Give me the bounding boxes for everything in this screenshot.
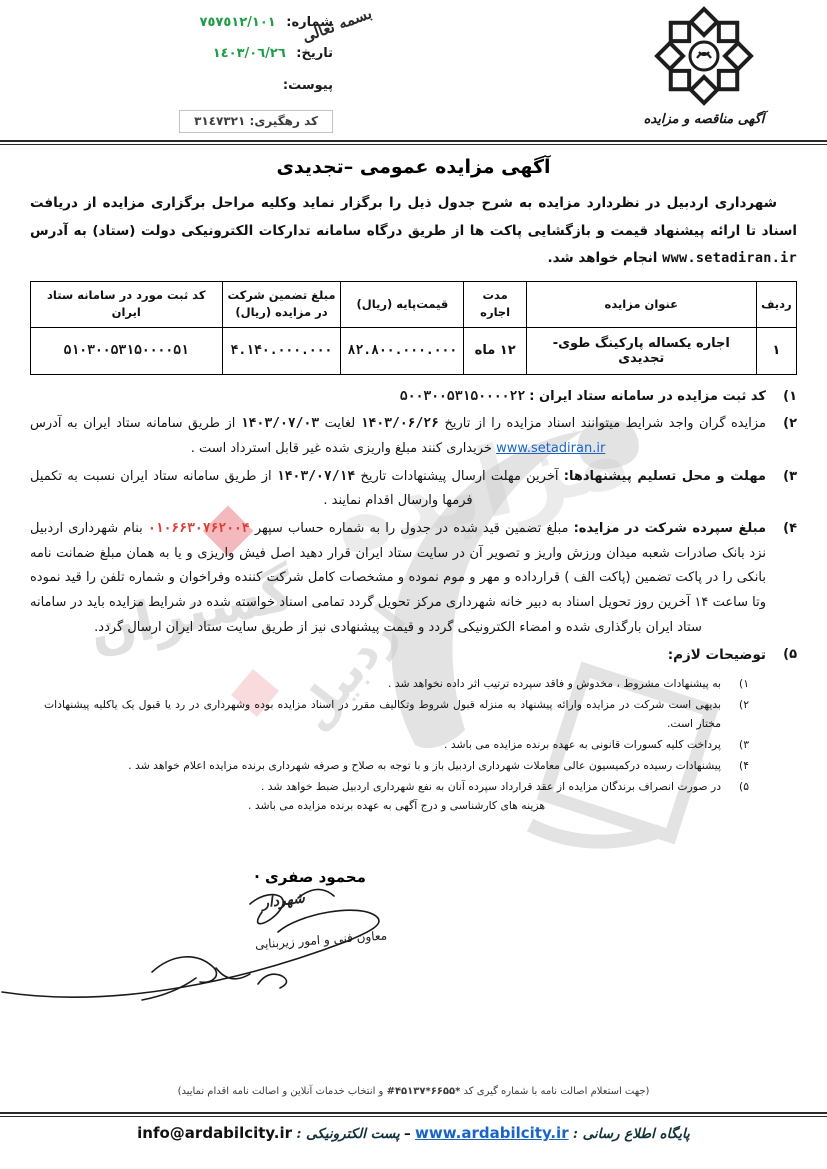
item-1-label: کد ثبت مزایده در سامانه ستاد ایران : (529, 389, 766, 404)
bismillah-mark: بسمه تعالی (299, 4, 375, 46)
list-item-5: ۵) توضیحات لازم: (30, 643, 797, 669)
col-base-price: قیمت‌پایه (ریال) (341, 282, 464, 328)
email-label: پست الکترونیکی : (296, 1126, 399, 1142)
setadiran-link[interactable]: www.setadiran.ir (496, 441, 605, 456)
item-3-body: مهلت و محل تسلیم پیشنهادها: آخرین مهلت ا… (30, 465, 766, 514)
notes-footer: هزینه های کارشناسی و درج آگهی به عهده بر… (44, 799, 749, 812)
municipality-logo-block: آگهی مناقصه و مزایده (639, 6, 769, 127)
letter-date-row: تاریخ: ١٤٠٣/٠٦/٢٦ (179, 47, 333, 61)
cell-setad-code: ۵۱۰۳۰۰۵۳۱۵۰۰۰۰۵۱ (31, 327, 223, 374)
item-3-text-1: آخرین مهلت ارسال پیشنهادات تاریخ (360, 469, 558, 484)
note-item-2: ۲) بدیهی است شرکت در مزایده وارائه پیشنه… (44, 696, 749, 734)
col-lease-duration: مدت اجاره (464, 282, 526, 328)
item-4-body: مبلغ سپرده شرکت در مزایده: مبلغ تضمین قی… (30, 517, 766, 640)
intro-paragraph: شهرداری اردبیل در نظردارد مزایده به شرح … (30, 190, 797, 273)
cell-guarantee-amount: ۴.۱۴۰.۰۰۰.۰۰۰ (222, 327, 341, 374)
note-item-3: ۳) پرداخت کلیه کسورات قانونی به عهده برن… (44, 736, 749, 755)
item-2-date-from: ۱۴۰۳/۰۶/۲۶ (361, 416, 439, 431)
letter-body: آگهی مزایده عمومی –تجدیدی شهرداری اردبیل… (30, 150, 797, 812)
list-item-3: ۳) مهلت و محل تسلیم پیشنهادها: آخرین مهل… (30, 465, 797, 514)
table-header-row: ردیف عنوان مزایده مدت اجاره قیمت‌پایه (ر… (31, 282, 797, 328)
letter-date-label: تاریخ: (296, 46, 333, 61)
item-2-number: ۲) (773, 412, 797, 461)
item-1-body: کد ثبت مزایده در سامانه ستاد ایران : ۵۰۰… (30, 385, 766, 410)
col-guarantee-amount: مبلغ تضمین شرکت در مزایده (ریال) (222, 282, 341, 328)
item-2-text-4: خریداری کنند مبلغ واریزی شده غیر قابل اس… (191, 441, 492, 456)
item-5-number: ۵) (773, 643, 797, 669)
tracking-code-value: ٣١٤٧٣٢١ (194, 114, 245, 128)
item-2-date-to: ۱۴۰۳/۰۷/۰۳ (241, 416, 319, 431)
item-3-deadline-date: ۱۴۰۳/۰۷/۱۴ (277, 469, 355, 484)
cell-lease-duration: ۱۲ ماه (464, 327, 526, 374)
email-link[interactable]: info@ardabilcity.ir (137, 1124, 292, 1142)
item-3-number: ۳) (773, 465, 797, 514)
item-3-lead: مهلت و محل تسلیم پیشنهادها: (564, 469, 766, 484)
authenticity-text-pre: (جهت استعلام اصالت نامه با شماره گیری کد (464, 1086, 650, 1097)
website-label: پایگاه اطلاع رسانی : (573, 1126, 690, 1142)
item-4-text-2: بنام شهرداری اردبیل نزد بانک صادرات شعبه… (30, 521, 766, 635)
tracking-code-box: کد رهگیری: ٣١٤٧٣٢١ (179, 110, 333, 133)
table-row: ۱ اجاره یکساله پارکینگ طوی-تجدیدی ۱۲ ماه… (31, 327, 797, 374)
item-4-account-number: ۰۱۰۶۶۳۰۷۶۲۰۰۴ (148, 521, 250, 536)
note-4-text: پیشنهادات رسیده درکمیسیون عالی معاملات ش… (44, 757, 721, 776)
note-2-number: ۲) (731, 696, 749, 734)
cell-row-number: ۱ (756, 327, 796, 374)
list-item-4: ۴) مبلغ سپرده شرکت در مزایده: مبلغ تضمین… (30, 517, 797, 640)
item-2-text-3: از طریق سامانه ستاد ایران به آدرس (30, 416, 235, 431)
item-1-code: ۵۰۰۳۰۰۵۳۱۵۰۰۰۰۲۲ (400, 389, 525, 404)
auction-table: ردیف عنوان مزایده مدت اجاره قیمت‌پایه (ر… (30, 281, 797, 375)
authenticity-note: (جهت استعلام اصالت نامه با شماره گیری کد… (0, 1086, 827, 1097)
cell-auction-title: اجاره یکساله پارکینگ طوی-تجدیدی (526, 327, 756, 374)
item-5-lead: توضیحات لازم: (668, 647, 766, 663)
conditions-list: ۱) کد ثبت مزایده در سامانه ستاد ایران : … (30, 385, 797, 813)
letter-date-value: ١٤٠٣/٠٦/٢٦ (213, 46, 286, 61)
attachment-row: پیوست: (179, 79, 333, 93)
authenticity-text-post: و انتخاب خدمات آنلاین و اصالت نامه اقدام… (178, 1086, 384, 1097)
footer-divider (0, 1112, 827, 1114)
list-item-1: ۱) کد ثبت مزایده در سامانه ستاد ایران : … (30, 385, 797, 410)
note-2-text: بدیهی است شرکت در مزایده وارائه پیشنهاد … (44, 696, 721, 734)
item-2-text-1: مزایده گران واجد شرایط میتوانند اسناد مز… (444, 416, 766, 431)
item-2-text-2: لغایت (325, 416, 356, 431)
note-5-number: ۵) (731, 778, 749, 797)
logo-caption: آگهی مناقصه و مزایده (639, 112, 769, 127)
item-4-lead: مبلغ سپرده شرکت در مزایده: (574, 521, 766, 536)
note-1-number: ۱) (731, 675, 749, 694)
explanations-list: ۱) به پیشنهادات مشروط ، مخدوش و فاقد سپر… (44, 675, 749, 812)
authenticity-ussd-code: #۴۵۱۳۷*۶۶۵۵* (387, 1086, 461, 1097)
item-5-body: توضیحات لازم: (30, 643, 766, 669)
attachment-label: پیوست: (283, 78, 333, 93)
footer-separator: – (404, 1126, 411, 1142)
header-divider-thin (0, 144, 827, 145)
footer-divider-thin (0, 1116, 827, 1117)
note-1-text: به پیشنهادات مشروط ، مخدوش و فاقد سپرده … (44, 675, 721, 694)
item-1-number: ۱) (773, 385, 797, 410)
note-item-5: ۵) در صورت انصراف برندگان مزایده از عقد … (44, 778, 749, 797)
signatory-name: محمود صفری · (170, 868, 450, 886)
website-link[interactable]: www.ardabilcity.ir (415, 1124, 569, 1142)
note-4-number: ۴) (731, 757, 749, 776)
list-item-2: ۲) مزایده گران واجد شرایط میتوانند اسناد… (30, 412, 797, 461)
col-auction-title: عنوان مزایده (526, 282, 756, 328)
note-3-text: پرداخت کلیه کسورات قانونی به عهده برنده … (44, 736, 721, 755)
col-setad-code: کد ثبت مورد در سامانه ستاد ایران (31, 282, 223, 328)
page-title: آگهی مزایده عمومی –تجدیدی (30, 156, 797, 178)
item-4-text-1: مبلغ تضمین قید شده در جدول را به شماره ح… (255, 521, 569, 536)
note-item-1: ۱) به پیشنهادات مشروط ، مخدوش و فاقد سپر… (44, 675, 749, 694)
cell-base-price: ۸۲.۸۰۰.۰۰۰.۰۰۰ (341, 327, 464, 374)
footer-contact-bar: پایگاه اطلاع رسانی : www.ardabilcity.ir … (0, 1124, 827, 1142)
ardabil-municipality-logo-icon (654, 6, 754, 106)
tracking-code-label: کد رهگیری: (250, 114, 318, 128)
note-3-number: ۳) (731, 736, 749, 755)
col-row-number: ردیف (756, 282, 796, 328)
item-4-number: ۴) (773, 517, 797, 640)
intro-text: شهرداری اردبیل در نظردارد مزایده به شرح … (30, 195, 797, 239)
document-page: مزایده گستران اردبیل شماره: ٧٥٧٥١٢/١٠١ ت… (0, 0, 827, 1169)
note-5-text: در صورت انصراف برندگان مزایده از عقد قرا… (44, 778, 721, 797)
note-item-4: ۴) پیشنهادات رسیده درکمیسیون عالی معاملا… (44, 757, 749, 776)
header-divider (0, 140, 827, 142)
letter-number-value: ٧٥٧٥١٢/١٠١ (200, 15, 276, 30)
setadiran-url-bold: www.setadiran.ir (662, 250, 797, 266)
intro-tail: انجام خواهد شد. (547, 250, 657, 266)
item-2-body: مزایده گران واجد شرایط میتوانند اسناد مز… (30, 412, 766, 461)
